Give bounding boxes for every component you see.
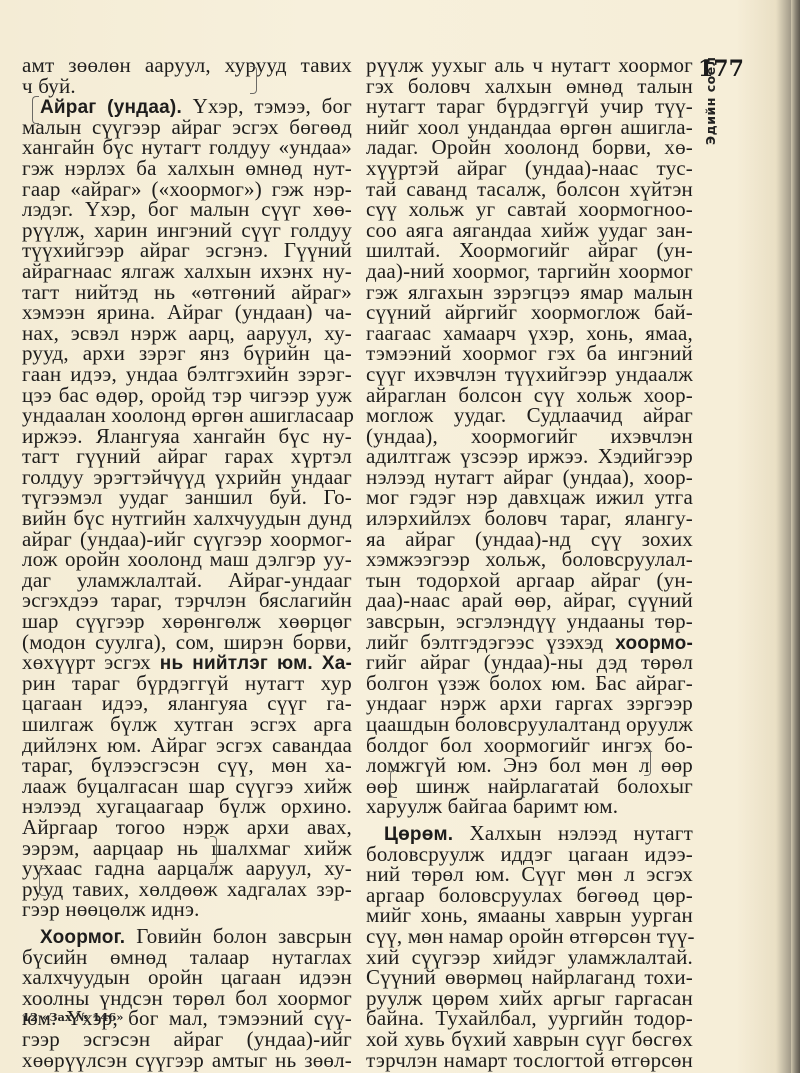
text-line: түгээмэл уудаг заншил буй. Го- [22, 487, 352, 508]
printer-signature: 12 «Зах № 146» [22, 1010, 124, 1024]
text-line: хүүртэй айраг (ундаа)-наас тус- [366, 158, 693, 179]
text-line: шар сүүгээр хөрөнгөлж хөөрцөг [22, 611, 352, 632]
text-line: (ундаа), хоормогийг ихэвчлэн [366, 426, 693, 447]
section-airag-body: малын сүүгээр айраг эсгэх бөгөөдхангайн … [22, 117, 352, 652]
pencil-bracket-mark [250, 66, 257, 94]
text-line: рууд тавих, хөлдөөж хадгалах зэр- [22, 879, 352, 900]
text-line: рууд, архи зэрэг янз бүрийн ца- [22, 343, 352, 364]
text-line: сүүг ихэвчлэн түүхийгээр ундаалж [366, 364, 693, 385]
text-line: цээ бас өдөр, оройд тэр чигээр ууж [22, 385, 352, 406]
text-line: даг уламжлалтай. Айраг-ундааг [22, 570, 352, 591]
text-line: шилтай. Хоормогийг айраг (ун- [366, 240, 693, 261]
text-line: тагт нийтэд нь «өтгөний айраг» [22, 282, 352, 303]
text-line: рүүлж, харин ингэний сүүг голдуу [22, 220, 352, 241]
text-line: харуулж байгаа баримт юм. [366, 796, 693, 817]
text-line: яа айраг (ундаа)-нд сүү зохих [366, 529, 693, 550]
section-tsorom-first-line: Цөрөм. Халхын нэлээд нутагт [366, 823, 693, 844]
text-line: амт зөөлөн ааруул, хурууд тавих [22, 55, 352, 76]
text-line: тараг, бүлээсгэсэн сүү, мөн ха- [22, 755, 352, 776]
text-line: малын сүүгээр айраг эсгэх бөгөөд [22, 117, 352, 138]
text-line: айраг (ундаа)-ийг сүүгээр хоормог- [22, 529, 352, 550]
text-line: болгон үзэж болох юм. Бас айраг- [366, 673, 693, 694]
pencil-bracket-mark [210, 836, 217, 864]
text-line: сүү, мөн намар оройн өтгөрсөн түү- [366, 926, 693, 947]
left-column: амт зөөлөн ааруул, хурууд тавих ч буй. А… [22, 55, 352, 1070]
text-line: рүүлж уухыг аль ч нутагт хоормог [366, 55, 693, 76]
text-line: мог гэдэг нэр давхцаж ижил утга [366, 487, 693, 508]
text-line: лож оройн хоолонд маш дэлгэр уу- [22, 549, 352, 570]
book-page: 177 Эдийн соёл амт зөөлөн ааруул, хурууд… [0, 0, 800, 1073]
right-column: рүүлж уухыг аль ч нутагт хоормоггэх боло… [366, 55, 693, 1070]
text-line: вийн бүс нутгийн халхчуудын дунд [22, 508, 352, 529]
text-line: иржээ. Ялангуяа хангайн бүс ну- [22, 426, 352, 447]
text-line: хөөрүүлсэн сүүгээр амтыг нь зөөл- [22, 1050, 352, 1071]
text-line: түүхийгээр айраг эсгэнэ. Гүүний [22, 240, 352, 261]
text-line: хэмжээгээр хольж, боловсруулал- [366, 549, 693, 570]
text-line: гаар «айраг» («хоормог») гэж нэр- [22, 179, 352, 200]
text-line: хой хувь бүхий хаврын сүүг бөсгөх [366, 1029, 693, 1050]
text-line: гаагаас хамаарч үхэр, хонь, ямаа, [366, 323, 693, 344]
text-line: завсрын, эсгэлэндүү ундааны төр- [366, 611, 693, 632]
text-line-mixed: лийг бэлтгэдэгээс үзэхэд хоормо- [366, 632, 693, 653]
text-line: гэж ялгахын зэрэгцээ ямар малын [366, 282, 693, 303]
text-line: нийг хоол ундандаа өргөн ашигла- [366, 117, 693, 138]
text-line: лэдэг. Үхэр, бог малын сүүг хөө- [22, 199, 352, 220]
pencil-bracket-mark [32, 96, 39, 124]
text-line: хангайн бүс нутагт голдуу «ундаа» [22, 137, 352, 158]
page-edge [791, 0, 800, 1073]
text-line: ний төрөл юм. Сүүг мөн л эсгэх [366, 864, 693, 885]
text-line: шилгаж бүлж хутган эсгэх арга [22, 714, 352, 735]
text-line: Айргаар тогоо нэрж архи авах, [22, 817, 352, 838]
text-line: гэж нэрлэх ба халхын өмнөд нут- [22, 158, 352, 179]
text-line: гээр эсгэсэн айраг (ундаа)-ийг [22, 1029, 352, 1050]
text-line: тагт гүүний айраг гарах хүртэл [22, 446, 352, 467]
text-line: хэмээн ярина. Айраг (ундаан) ча- [22, 302, 352, 323]
text-line: гэх боловч халхын өмнөд талын [366, 76, 693, 97]
text-line: ээрэм, аарцаар нь шалхмаг хийж [22, 838, 352, 859]
text-line: рин тараг бүрдэггүй нутагт хур [22, 673, 352, 694]
text-line: халхчуудын оройн цагаан идээн [22, 967, 352, 988]
text-line: цаашдын боловсруулалтанд оруулж [366, 714, 693, 735]
section-tsorom-body: боловсруулж иддэг цагаан идээ-ний төрөл … [366, 844, 693, 1071]
text-line: гаан идээ, ундаа бэлтгэхийн зэрэг- [22, 364, 352, 385]
text-line: айраглан болсон сүү хольж хоор- [366, 385, 693, 406]
pencil-bracket-mark [644, 748, 651, 776]
text-line: дийлэнх юм. Айраг эсгэх савандаа [22, 735, 352, 756]
text-line: сүүний айргийг хоормоглож бай- [366, 302, 693, 323]
text-line: даа)-ний хоормог, таргийн хоормог [366, 261, 693, 282]
text-line: аргаар боловсруулах бөгөөд цөр- [366, 885, 693, 906]
text-line: тэрчлэн намарт тослогтой өтгөрсөн [366, 1050, 693, 1071]
text-line: голдуу эрэгтэйчүүд үхрийн ундааг [22, 467, 352, 488]
text-line: боловсруулж иддэг цагаан идээ- [366, 844, 693, 865]
text-line: адилтгаж үзсээр иржээ. Хэдийгээр [366, 446, 693, 467]
text-line: байна. Тухайлбал, уургийн тодор- [366, 1008, 693, 1029]
text-line: бүсийн өмнөд талаар нутаглах [22, 947, 352, 968]
text-line: цагаан идээ, ялангуяа сүүг га- [22, 693, 352, 714]
text-line: соо аяга аягандаа хийж уудаг зан- [366, 220, 693, 241]
text-line: тай саванд тасалж, болсон хүйтэн [366, 179, 693, 200]
text-line: моглож уудаг. Судлаачид айраг [366, 405, 693, 426]
text-line-mixed: хөхүүрт эсгэх нь нийтлэг юм. Ха- [22, 652, 352, 673]
text-line: нах, эсвэл нэрж аарц, ааруул, ху- [22, 323, 352, 344]
section-hoormog-first-line: Хоормог. Говийн болон завсрын [22, 926, 352, 947]
text-line: нэлээд хугацаагаар бүлж орхино. [22, 796, 352, 817]
text-line: нэлээд нутагт айраг (ундаа), хоор- [366, 467, 693, 488]
text-line: ундааг нэрж архи гаргах зэргээр [366, 693, 693, 714]
text-line: тын тодорхой аргаар айраг (ун- [366, 570, 693, 591]
hoormog-continuation-2: гийг айраг (ундаа)-ны дэд төрөлболгон үз… [366, 652, 693, 817]
text-line: сүү хольж уг савтай хоормогноо- [366, 199, 693, 220]
hoormog-continuation: рүүлж уухыг аль ч нутагт хоормоггэх боло… [366, 55, 693, 632]
text-line: тэмээний хоормог гэх ба ингэний [366, 343, 693, 364]
text-line: өөр шинж найрлагатай болохыг [366, 776, 693, 797]
text-line: лааж буцалгасан шар сүүгээ хийж [22, 776, 352, 797]
text-line: айрагнаас ялгаж халхын ихэнх ну- [22, 261, 352, 282]
section-airag-body-cont: рин тараг бүрдэггүй нутагт хурцагаан идэ… [22, 673, 352, 920]
text-line: Сүүний өвөрмөц найрлаганд тохи- [366, 967, 693, 988]
pencil-bracket-mark [390, 770, 397, 798]
running-head: Эдийн соёл [703, 57, 718, 145]
text-line: эсгэхдээ тараг, тэрчлэн бяслагийн [22, 590, 352, 611]
text-line: гийг айраг (ундаа)-ны дэд төрөл [366, 652, 693, 673]
text-line: уухаас гадна аарцалж ааруул, ху- [22, 858, 352, 879]
text-line: мийг хонь, ямааны хаврын уурган [366, 905, 693, 926]
text-line: илэрхийлэх боловч тараг, ялангу- [366, 508, 693, 529]
text-line: (модон суулга), сом, ширэн борви, [22, 632, 352, 653]
text-line: хий сүүгээр хийдэг уламжлалтай. [366, 947, 693, 968]
text-line: ладаг. Оройн хоолонд борви, хө- [366, 137, 693, 158]
text-line: нутагт тараг бүрдэггүй учир түү- [366, 96, 693, 117]
text-line: руулж цөрөм хийх аргыг гаргасан [366, 988, 693, 1009]
section-airag-first-line: Айраг (ундаа). Үхэр, тэмээ, бог [22, 96, 352, 117]
pencil-bracket-mark [39, 868, 46, 896]
text-line: гээр нөөцөлж иднэ. [22, 899, 352, 920]
text-line: даа)-наас арай өөр, айраг, сүүний [366, 590, 693, 611]
section-hoormog-body: бүсийн өмнөд талаар нутаглаххалхчуудын о… [22, 947, 352, 1071]
text-line: ундаалан хоолонд өргөн ашигласаар [22, 405, 352, 426]
text-line: ч буй. [22, 76, 352, 97]
text-line: хоолны үндсэн төрөл бол хоормог [22, 988, 352, 1009]
